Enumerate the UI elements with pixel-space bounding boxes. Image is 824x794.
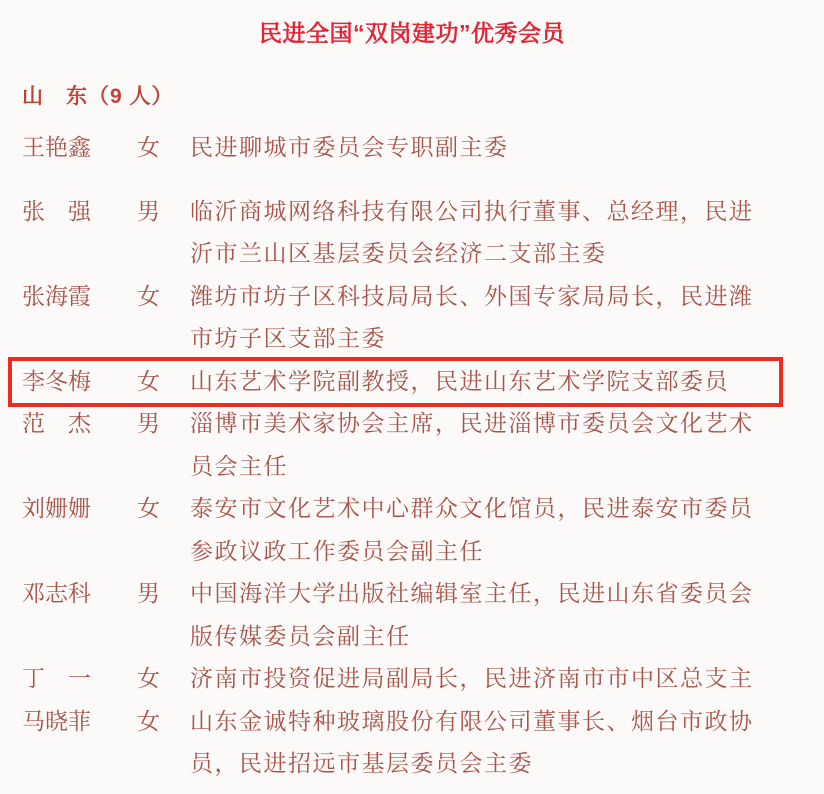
member-gender: 女 (137, 658, 160, 701)
description-line: 员，民进招远市基层委员会主委 (190, 743, 824, 786)
member-name: 丁一 (22, 658, 91, 701)
member-description: 山东艺术学院副教授，民进山东艺术学院支部委员 (190, 361, 779, 404)
member-name: 范杰 (22, 403, 91, 446)
member-description: 济南市投资促进局副局长，民进济南市市中区总支主 (190, 658, 824, 701)
member-row: 丁一 女 济南市投资促进局副局长，民进济南市市中区总支主 (0, 658, 824, 701)
member-gender: 女 (137, 361, 160, 404)
description-line: 淄博市美术家协会主席，民进淄博市委员会文化艺术 (190, 403, 824, 446)
member-gender: 男 (137, 191, 160, 234)
description-line: 中国海洋大学出版社编辑室主任，民进山东省委员会 (190, 573, 824, 616)
description-line: 济南市投资促进局副局长，民进济南市市中区总支主 (190, 658, 824, 701)
member-description: 民进聊城市委员会专职副主委 (190, 127, 824, 170)
member-row: 王艳鑫 女 民进聊城市委员会专职副主委 (0, 127, 824, 170)
member-description: 临沂商城网络科技有限公司执行董事、总经理，民进沂市兰山区基层委员会经济二支部主委 (190, 191, 824, 276)
member-name: 王艳鑫 (22, 127, 91, 170)
member-row: 马晓菲 女 山东金诚特种玻璃股份有限公司董事长、烟台市政协员，民进招远市基层委员… (0, 701, 824, 786)
page-title: 民进全国“双岗建功”优秀会员 (0, 0, 824, 46)
document-page: 民进全国“双岗建功”优秀会员 山 东（9 人） 王艳鑫 女 民进聊城市委员会专职… (0, 0, 824, 794)
member-gender: 男 (137, 403, 160, 446)
description-line: 市坊子区支部主委 (190, 318, 824, 361)
member-name: 邓志科 (22, 573, 91, 616)
description-line: 员会主任 (190, 446, 824, 489)
member-gender: 女 (137, 127, 160, 170)
member-gender: 女 (137, 488, 160, 531)
member-row: 张海霞 女 潍坊市坊子区科技局局长、外国专家局局长，民进潍市坊子区支部主委 (0, 276, 824, 361)
member-row: 邓志科 男 中国海洋大学出版社编辑室主任，民进山东省委员会版传媒委员会副主任 (0, 573, 824, 658)
description-line: 临沂商城网络科技有限公司执行董事、总经理，民进 (190, 191, 824, 234)
member-gender: 女 (137, 701, 160, 744)
member-name: 张海霞 (22, 276, 91, 319)
member-name: 张强 (22, 191, 91, 234)
description-line: 山东金诚特种玻璃股份有限公司董事长、烟台市政协 (190, 701, 824, 744)
member-row: 刘姗姗 女 泰安市文化艺术中心群众文化馆员，民进泰安市委员参政议政工作委员会副主… (0, 488, 824, 573)
member-row: 范杰 男 淄博市美术家协会主席，民进淄博市委员会文化艺术员会主任 (0, 403, 824, 488)
description-line: 民进聊城市委员会专职副主委 (190, 127, 824, 170)
member-description: 泰安市文化艺术中心群众文化馆员，民进泰安市委员参政议政工作委员会副主任 (190, 488, 824, 573)
member-name: 李冬梅 (22, 361, 91, 404)
member-gender: 女 (137, 276, 160, 319)
member-description: 淄博市美术家协会主席，民进淄博市委员会文化艺术员会主任 (190, 403, 824, 488)
description-line: 版传媒委员会副主任 (190, 616, 824, 659)
description-line: 沂市兰山区基层委员会经济二支部主委 (190, 233, 824, 276)
member-description: 潍坊市坊子区科技局局长、外国专家局局长，民进潍市坊子区支部主委 (190, 276, 824, 361)
section-header-shandong: 山 东（9 人） (22, 86, 824, 108)
description-line: 潍坊市坊子区科技局局长、外国专家局局长，民进潍 (190, 276, 824, 319)
member-name: 马晓菲 (22, 701, 91, 744)
member-list: 王艳鑫 女 民进聊城市委员会专职副主委 张强 男 临沂商城网络科技有限公司执行董… (0, 127, 824, 786)
member-row-highlighted: 李冬梅 女 山东艺术学院副教授，民进山东艺术学院支部委员 (8, 357, 783, 408)
member-name: 刘姗姗 (22, 488, 91, 531)
description-line: 参政议政工作委员会副主任 (190, 531, 824, 574)
member-description: 山东金诚特种玻璃股份有限公司董事长、烟台市政协员，民进招远市基层委员会主委 (190, 701, 824, 786)
description-line: 泰安市文化艺术中心群众文化馆员，民进泰安市委员 (190, 488, 824, 531)
member-gender: 男 (137, 573, 160, 616)
member-description: 中国海洋大学出版社编辑室主任，民进山东省委员会版传媒委员会副主任 (190, 573, 824, 658)
description-line: 山东艺术学院副教授，民进山东艺术学院支部委员 (190, 361, 779, 404)
member-row: 张强 男 临沂商城网络科技有限公司执行董事、总经理，民进沂市兰山区基层委员会经济… (0, 191, 824, 276)
